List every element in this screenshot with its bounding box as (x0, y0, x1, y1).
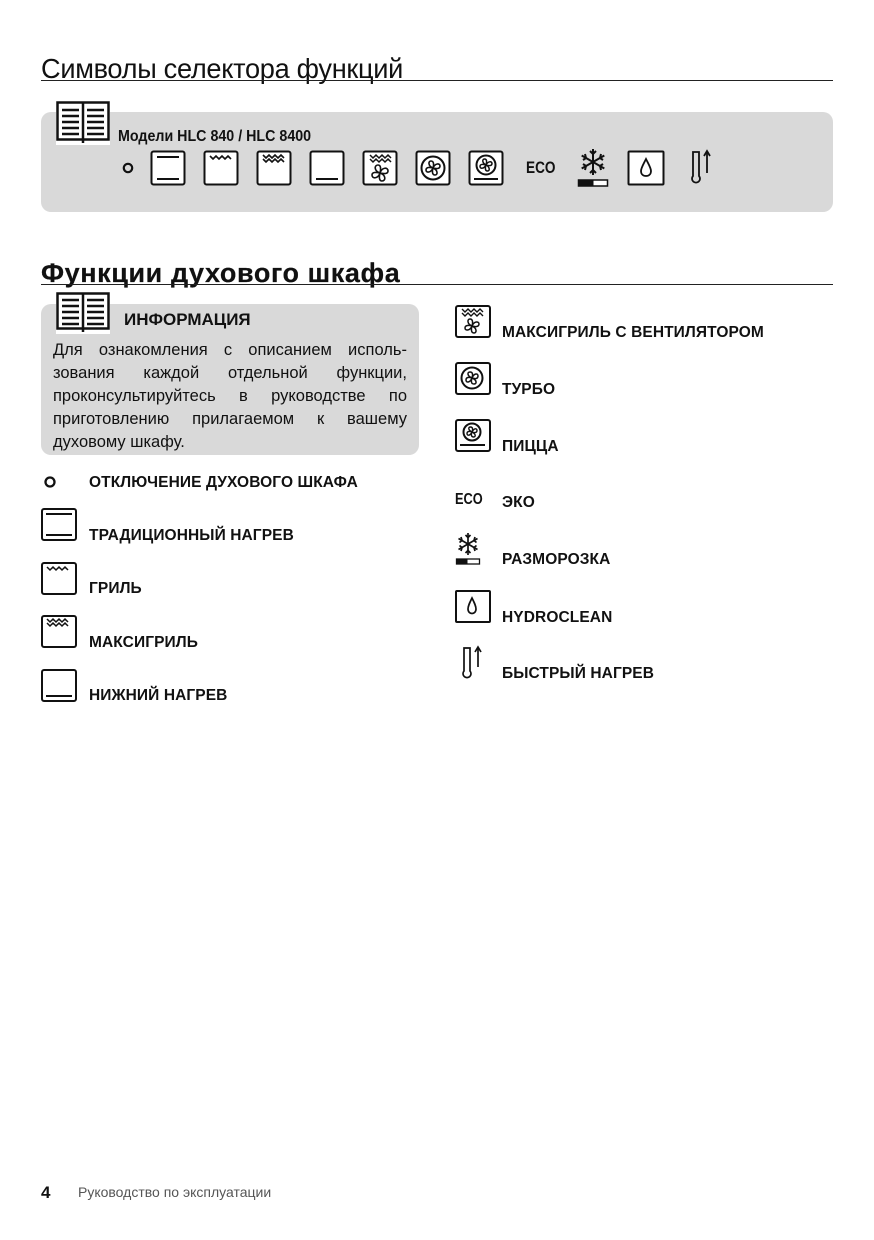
fast-heat-icon (688, 149, 714, 187)
title-underline (41, 284, 833, 285)
maxigrill-fan-icon (362, 150, 398, 186)
maxigrill-fan-icon (455, 305, 491, 338)
function-label: МАКСИГРИЛЬ (89, 634, 198, 652)
function-label: БЫСТРЫЙ НАГРЕВ (502, 665, 654, 683)
function-label: HYDROCLEAN (502, 609, 612, 627)
bottom-heat-icon (309, 150, 345, 186)
pizza-icon (468, 150, 504, 186)
function-label: МАКСИГРИЛЬ С ВЕНТИЛЯТОРОМ (502, 324, 764, 342)
function-label: ТУРБО (502, 381, 555, 399)
off-icon (43, 475, 57, 489)
information-text: Для ознакомления с описанием исполь­зова… (53, 339, 407, 454)
section-title-oven-functions: Функции духового шкафа (41, 259, 400, 287)
bottom-heat-icon (41, 669, 77, 702)
models-label: Модели HLC 840 / HLC 8400 (118, 128, 311, 146)
grill-icon (203, 150, 239, 186)
off-icon (122, 162, 134, 174)
book-icon (56, 101, 110, 145)
section-title-selector-symbols: Символы селектора функций (41, 55, 403, 83)
function-label: ОТКЛЮЧЕНИЕ ДУХОВОГО ШКАФА (89, 474, 358, 492)
defrost-icon (577, 147, 609, 189)
footer-text: Руководство по эксплуатации (78, 1184, 271, 1200)
book-icon (56, 292, 110, 334)
traditional-heat-icon (150, 150, 186, 186)
function-label: ПИЦЦА (502, 438, 559, 456)
function-label: ЭКО (502, 494, 535, 512)
fast-heat-icon (459, 645, 485, 682)
turbo-icon (455, 362, 491, 395)
maxigrill-icon (256, 150, 292, 186)
pizza-icon (455, 419, 491, 452)
turbo-icon (415, 150, 451, 186)
traditional-heat-icon (41, 508, 77, 541)
function-label: ГРИЛЬ (89, 580, 142, 598)
eco-icon: ECO (526, 158, 555, 178)
function-label: ТРАДИЦИОННЫЙ НАГРЕВ (89, 527, 294, 545)
maxigrill-icon (41, 615, 77, 648)
hydroclean-icon (455, 590, 491, 623)
page-number: 4 (41, 1183, 50, 1203)
grill-icon (41, 562, 77, 595)
title-underline (41, 80, 833, 81)
information-title: ИНФОРМАЦИЯ (124, 310, 251, 330)
hydroclean-icon (627, 150, 665, 186)
function-label: НИЖНИЙ НАГРЕВ (89, 687, 227, 705)
eco-icon: ECO (455, 491, 483, 509)
defrost-icon (455, 532, 483, 568)
function-label: РАЗМОРОЗКА (502, 551, 610, 569)
